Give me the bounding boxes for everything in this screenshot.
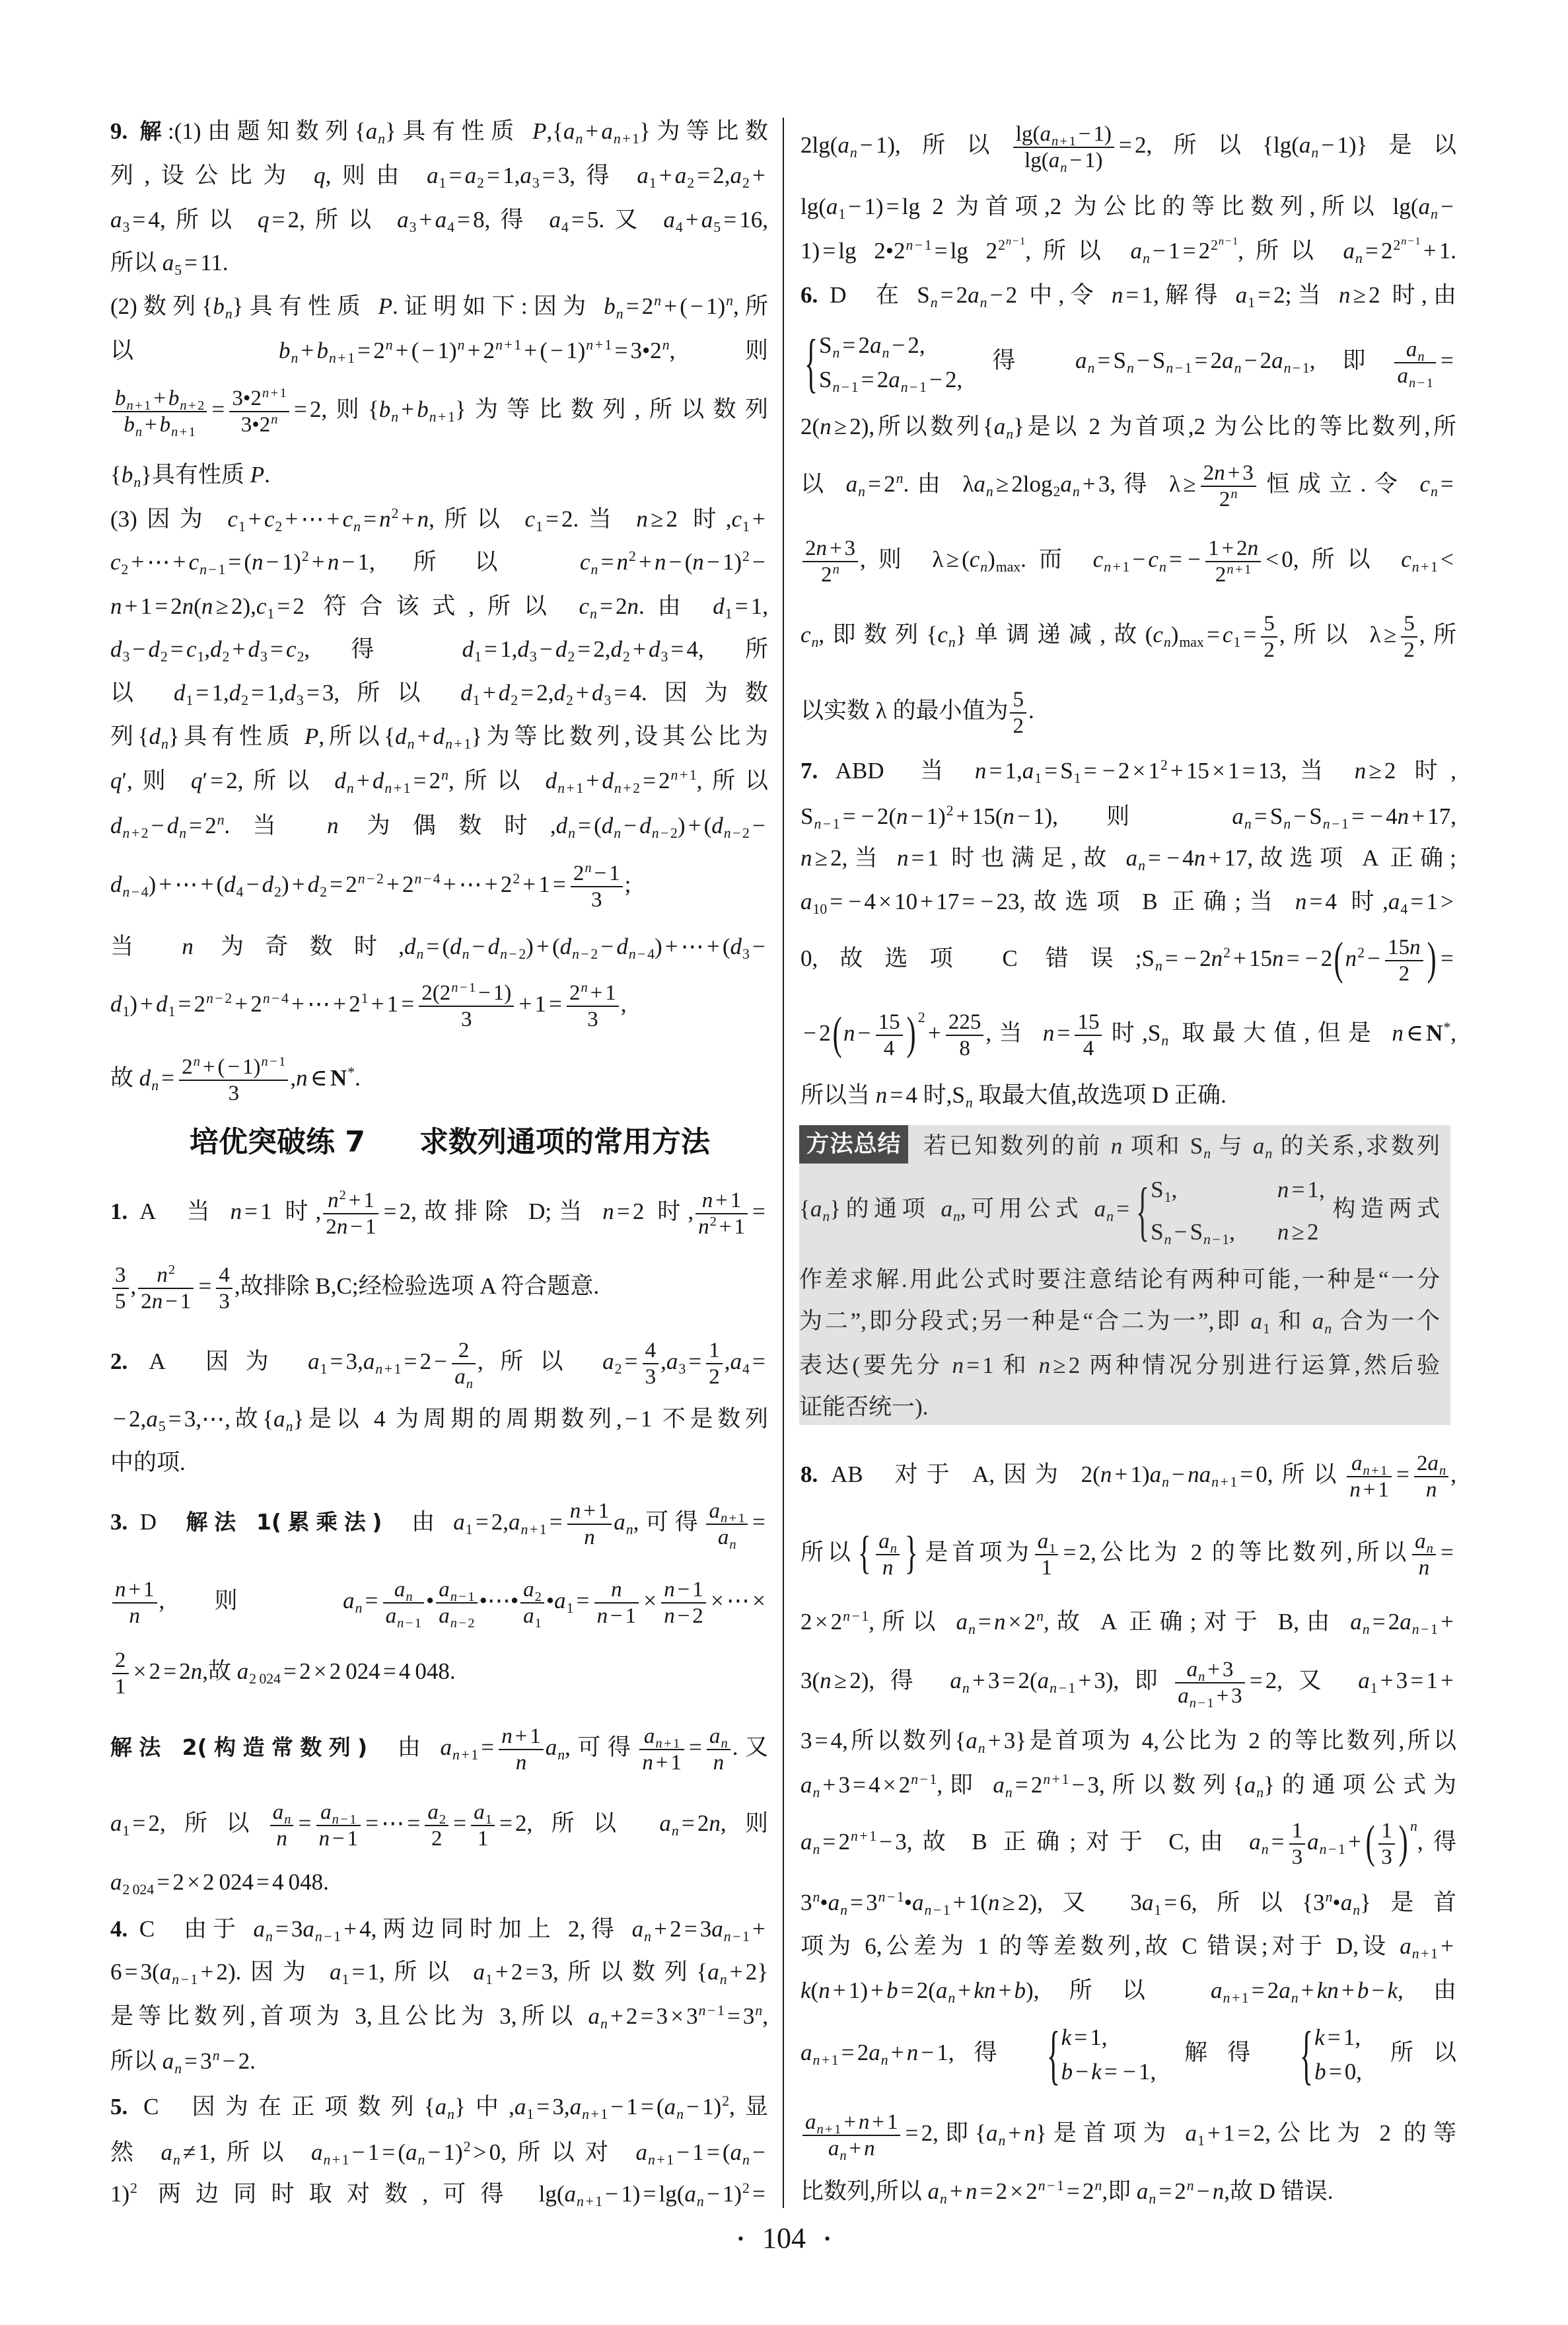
math-variable: n	[962, 1680, 970, 1696]
math-variable: n	[585, 861, 591, 875]
math-variable: a	[110, 1810, 122, 1836]
math-variable: n	[1426, 1478, 1437, 1502]
denominator: 4	[1075, 1035, 1102, 1060]
math-operator: =	[1328, 2024, 1341, 2050]
math-operator: =	[577, 1588, 590, 1613]
math-variable: d	[462, 636, 474, 662]
text-line: (2)数列{bn}具有性质 P.证明如下:因为 bn=2n+(−1)n,所	[110, 292, 768, 321]
math-operator: =	[1044, 758, 1057, 784]
math-variable: n	[1164, 1232, 1172, 1247]
denominator: bn+bn+1	[112, 411, 207, 436]
math-operator: ×	[670, 2003, 684, 2029]
text-line: 6. D在 Sn=2an−2 中,令 n=1,解得 a1=2;当 n≥2 时,由	[801, 281, 1456, 310]
math-variable: a	[828, 2137, 839, 2160]
math-operator: −	[1123, 2059, 1136, 2085]
math-variable: n	[988, 1890, 1000, 1915]
math-operator: +	[1222, 536, 1234, 560]
fraction: an+1an	[706, 1500, 747, 1549]
math-variable: n	[1248, 536, 1259, 560]
subscript: n−1	[315, 1929, 341, 1944]
math-variable: n	[597, 1604, 608, 1628]
math-operator: =	[906, 2120, 919, 2146]
math-variable: a	[928, 2178, 940, 2204]
subscript: n+1	[1211, 1474, 1237, 1490]
math-variable: n	[1323, 816, 1330, 832]
denominator: lg(an−1)	[1013, 147, 1114, 172]
math-variable: c	[1093, 546, 1104, 572]
superscript: n	[833, 562, 839, 577]
system-rows: k=1,b=0,	[1314, 2020, 1362, 2089]
math-variable: n	[906, 237, 913, 253]
subscript: n	[812, 634, 819, 650]
math-operator: −	[752, 549, 766, 575]
math-variable: n	[1427, 1541, 1433, 1556]
denominator: 2n−1	[138, 1288, 194, 1313]
superscript: 2	[710, 1214, 717, 1229]
superscript: n	[654, 293, 661, 309]
math-variable: b	[1357, 1977, 1369, 2003]
math-variable: n	[721, 1511, 727, 1526]
denominator: n	[876, 1554, 900, 1579]
numerator: 4	[216, 1264, 232, 1288]
math-operator: −	[324, 1929, 332, 1944]
math-operator: −	[678, 1604, 690, 1628]
subscript: n+1	[1363, 1463, 1387, 1478]
math-variable: n	[832, 379, 839, 395]
math-operator: =	[723, 207, 736, 233]
fraction: n22n−1	[138, 1264, 194, 1313]
math-operator: −	[841, 379, 849, 395]
math-operator: +	[719, 1215, 732, 1239]
text-line: {an}的通项 an,可用公式 an={S1,n=1,Sn−Sn−1,n≥2构造…	[799, 1169, 1440, 1253]
subscript: n	[347, 780, 354, 796]
math-operator: −	[472, 934, 485, 959]
math-operator: +	[633, 636, 646, 662]
math-variable: n	[890, 1541, 897, 1556]
math-operator: +	[1441, 1668, 1454, 1693]
math-variable: n	[391, 409, 398, 425]
superscript: 2n−1	[998, 237, 1025, 253]
math-variable: b	[122, 462, 133, 488]
math-operator: =	[1169, 546, 1182, 572]
superscript: n−1	[906, 237, 931, 253]
math-variable: n	[820, 1668, 832, 1693]
math-operator: =	[384, 1199, 397, 1224]
text-line: lg(a1−1)=lg 2 为首项,2 为公比的等比数列,所以 lg(an−	[801, 192, 1456, 221]
math-operator: =	[1164, 1890, 1177, 1915]
math-operator: +	[1221, 1474, 1229, 1490]
subscript: 1	[1049, 1541, 1055, 1556]
math-variable: k	[1317, 1977, 1328, 2003]
numerator: 2n−1	[571, 862, 623, 886]
math-variable: n	[123, 825, 130, 841]
subscript: n−1	[814, 816, 839, 832]
math-variable: n	[262, 1054, 268, 1069]
subscript: n	[1355, 250, 1363, 266]
subscript: 2	[535, 1590, 542, 1604]
subscript: n+1	[817, 2122, 841, 2137]
math-variable: d	[248, 636, 260, 662]
superscript: n	[585, 861, 591, 875]
math-operator: =	[499, 1810, 513, 1836]
math-variable: a	[546, 1734, 557, 1760]
math-variable: a	[1343, 238, 1355, 264]
subscript: n+1	[521, 1522, 547, 1537]
math-variable: d	[639, 813, 651, 838]
math-variable: a	[663, 207, 675, 233]
math-variable: c	[970, 546, 980, 572]
denominator: a1	[520, 1602, 544, 1627]
superscript: 2	[722, 2093, 729, 2109]
denominator: an−1	[383, 1602, 424, 1627]
math-variable: n	[199, 562, 207, 577]
math-operator: −	[1013, 235, 1018, 247]
math-variable: a	[1130, 238, 1142, 264]
denominator: 3	[571, 886, 623, 911]
math-operator: =	[404, 1348, 417, 1374]
subscript: n−1	[450, 1590, 475, 1604]
math-variable: c	[1153, 622, 1163, 647]
math-variable: n	[384, 780, 392, 796]
math-variable: k	[1314, 2024, 1325, 2050]
subscript: n	[355, 1600, 363, 1616]
math-operator: ≥	[1353, 282, 1366, 308]
math-operator: +	[1235, 562, 1243, 577]
math-operator: =	[577, 636, 590, 662]
math-operator: =	[272, 207, 285, 233]
subscript: 1	[649, 175, 657, 191]
math-variable: a	[936, 1977, 948, 2003]
math-variable: c	[1401, 546, 1411, 572]
text-line: 项为 6,公差为 1 的等差数列,故 C 错误;对于 D,设 an+1+	[801, 1932, 1456, 1961]
math-operator: =	[163, 1658, 176, 1684]
math-operator: =	[251, 680, 264, 706]
math-operator: =	[352, 1959, 365, 1985]
math-operator: =	[133, 1810, 146, 1836]
math-variable: n	[924, 1902, 931, 1918]
math-variable: n	[206, 990, 213, 1006]
math-operator: ≥	[216, 593, 229, 619]
math-operator: −	[1059, 1680, 1067, 1696]
text-line: 所以当 n=4 时,Sn 取最大值,故选项 D 正确.	[801, 1081, 1456, 1110]
math-operator: =	[155, 593, 168, 619]
numerator: 3•2n+1	[229, 387, 289, 411]
math-variable: n	[978, 1740, 985, 1756]
subscript: 1	[168, 1004, 176, 1019]
math-operator: −	[215, 990, 223, 1006]
math-variable: c	[579, 593, 589, 619]
math-variable: n	[616, 306, 624, 322]
subscript: n	[850, 145, 857, 161]
denominator: n	[1414, 1476, 1448, 1501]
math-operator: +	[1008, 2120, 1021, 2146]
math-operator: ≥	[1292, 1219, 1304, 1245]
text-line: bn+1+bn+2bn+bn+1=3•2n+13•2n=2,则{bn+bn+1}…	[110, 387, 768, 436]
math-variable: n	[662, 337, 670, 353]
math-operator: +	[680, 767, 688, 783]
text-line: 若已知数列的前 n 项和 Sn 与 an 的关系,求数列	[923, 1132, 1440, 1161]
math-variable: n	[353, 519, 361, 535]
math-variable: n	[820, 414, 832, 439]
numerator: n+1	[695, 1189, 748, 1213]
math-variable: k	[1091, 2059, 1102, 2085]
left-delimiter: (	[1366, 1820, 1375, 1866]
math-variable: n	[1291, 1990, 1299, 2006]
math-operator: −	[1153, 238, 1166, 264]
math-variable: a	[1428, 1452, 1439, 1475]
math-variable: a	[1400, 1609, 1411, 1635]
math-operator: −	[803, 1020, 816, 1046]
math-operator: −	[732, 1929, 740, 1944]
subscript: n	[151, 1078, 159, 1093]
math-variable: n	[676, 2106, 684, 2122]
subscript: n	[1127, 360, 1134, 376]
math-operator: =	[1441, 945, 1454, 971]
math-operator: +	[1060, 134, 1068, 149]
math-variable: c	[580, 549, 590, 575]
math-operator: =	[526, 1959, 539, 1985]
math-variable: n	[1311, 145, 1318, 161]
math-operator: =	[363, 506, 376, 532]
subscript: n	[406, 1590, 412, 1604]
math-variable: n	[817, 2122, 824, 2137]
math-variable: n	[840, 1902, 847, 1918]
page-ornament-left: •	[738, 2229, 744, 2248]
subscript: 4	[742, 1361, 750, 1377]
math-variable: n	[217, 812, 225, 828]
math-operator: −	[892, 332, 905, 358]
subscript: n	[1155, 958, 1162, 974]
math-operator: =	[684, 1916, 697, 1942]
numerator: an+1	[1347, 1452, 1392, 1476]
math-operator: −	[1102, 758, 1116, 784]
math-operator: +	[1371, 1463, 1379, 1478]
math-variable: d	[546, 768, 557, 793]
text-line: 6=3(an−1+2).因为 a1=1,所以 a1+2=3,所以数列{an+2}	[110, 1958, 768, 1987]
math-variable: a	[1199, 1461, 1211, 1487]
fraction: 43	[643, 1339, 659, 1388]
math-variable: n	[818, 1977, 830, 2003]
subscript: n	[1005, 1785, 1013, 1800]
subscript: 1	[186, 692, 193, 708]
math-variable: n	[642, 1751, 653, 1775]
text-line: 以 an=2n.由 λan≥2log2an+3,得 λ≥2n+32n恒成立.令 …	[801, 462, 1456, 511]
fraction: ann	[270, 1801, 294, 1850]
subscript: 1	[267, 606, 274, 622]
math-operator: +	[972, 1668, 985, 1693]
math-operator: +	[999, 1977, 1012, 2003]
math-operator: +	[956, 803, 970, 829]
math-operator: =	[614, 680, 627, 706]
math-variable: n	[466, 1377, 473, 1391]
math-operator: +	[583, 1499, 596, 1523]
math-operator: <	[1441, 546, 1454, 572]
subscript: n−1	[832, 379, 858, 395]
text-line: 然 an≠1,所以 an+1−1=(an−1)2>0,所以对 an+1−1=(a…	[110, 2138, 768, 2167]
math-variable: n	[1036, 1608, 1044, 1624]
text-line: n≥2,当 n=1 时也满足,故 an=−4n+17,故选项 A 正确;	[801, 844, 1456, 873]
subscript: n−1	[332, 1812, 357, 1827]
fraction: an+1n+1	[639, 1725, 684, 1774]
subscript: 3	[661, 649, 668, 665]
math-variable: n	[1355, 758, 1367, 784]
math-variable: a	[320, 1800, 332, 1824]
subscript: n−1	[1284, 360, 1310, 376]
superscript: n	[1326, 1889, 1333, 1905]
left-delimiter: {	[857, 1530, 871, 1576]
section-topic: 求数列通项的常用方法	[419, 1125, 710, 1159]
math-variable: n	[1161, 1033, 1168, 1049]
fraction: n+1n	[567, 1500, 612, 1549]
math-operator: =	[980, 2178, 993, 2204]
math-operator: −	[1293, 803, 1306, 829]
superscript: 2	[1160, 757, 1168, 773]
numerator: 1	[1289, 1820, 1306, 1843]
bold-label: 解法 1(累乘法)	[180, 1509, 382, 1535]
math-variable: n	[173, 2152, 180, 2168]
math-variable: n	[724, 825, 731, 841]
math-variable: a	[1312, 1308, 1324, 1334]
math-operator: +	[610, 2003, 624, 2029]
math-variable: a	[1307, 1829, 1319, 1855]
math-variable: n	[724, 1929, 731, 1944]
math-variable: n	[1392, 1020, 1404, 1046]
subscript: n	[416, 946, 423, 962]
math-variable: n	[1417, 350, 1424, 364]
section-heading: 培优突破练 7求数列通项的常用方法	[190, 1125, 710, 1160]
math-variable: d	[224, 871, 236, 897]
math-operator: +	[153, 387, 166, 410]
math-variable: n	[451, 980, 458, 995]
fraction: 2n+32n	[1201, 462, 1256, 511]
math-variable: n	[986, 484, 993, 499]
math-variable: n	[1104, 559, 1111, 575]
math-variable: a	[330, 1959, 341, 1985]
math-variable: a	[1178, 1684, 1189, 1708]
fraction: 2(2n−1−1)3	[419, 982, 514, 1031]
subscript: 3	[532, 175, 540, 191]
denominator: n	[499, 1749, 544, 1774]
math-operator: −	[860, 132, 873, 158]
math-variable: a	[509, 1509, 520, 1535]
subscript: 2	[275, 519, 283, 535]
math-variable: q	[258, 207, 269, 233]
math-operator: =	[707, 2139, 720, 2165]
math-operator: =	[1396, 1461, 1409, 1487]
denominator: n	[1412, 1554, 1436, 1579]
numerator: an	[876, 1530, 900, 1554]
text-line: 21×2=2n,故 a2 024=2×2 024=4 048.	[110, 1649, 768, 1698]
subscript: 1	[123, 1004, 130, 1019]
denominator: an−2	[436, 1602, 477, 1627]
subscript: 3	[260, 649, 267, 665]
math-variable: c	[264, 506, 275, 532]
math-operator: +	[1228, 461, 1240, 485]
superscript: 2	[629, 548, 636, 564]
math-operator: =	[1287, 945, 1300, 971]
math-variable: n	[557, 780, 565, 796]
superscript: n+1	[586, 337, 612, 353]
math-variable: n	[931, 295, 938, 311]
denominator: 3	[179, 1080, 288, 1105]
math-operator: =	[427, 934, 440, 959]
math-operator: +	[656, 1751, 668, 1775]
math-variable: a	[1406, 338, 1417, 361]
math-operator: =	[157, 1869, 170, 1895]
numerator: 2an	[1414, 1452, 1448, 1476]
text-line: 作差求解.用此公式时要注意结论有两种可能,一种是“一分	[799, 1265, 1440, 1294]
math-variable: a	[311, 2139, 323, 2165]
subscript: n	[1324, 1321, 1332, 1337]
denominator: 2	[1261, 636, 1277, 661]
math-operator: =	[484, 636, 497, 662]
math-variable: n	[1272, 945, 1284, 971]
math-operator: +	[401, 396, 414, 422]
math-variable: a	[363, 1348, 375, 1374]
math-variable: a	[869, 2040, 880, 2065]
text-line: Sn−1=−2(n−1)2+15(n−1),则 an=Sn−Sn−1=−4n+1…	[801, 802, 1456, 831]
subscript: n	[391, 409, 398, 425]
numerator: 2	[452, 1339, 476, 1363]
math-variable: n	[441, 767, 448, 783]
subscript: 1	[1074, 770, 1081, 786]
subscript: n	[822, 1208, 830, 1224]
math-operator: =	[822, 238, 836, 264]
math-variable: n	[127, 398, 133, 413]
math-variable: n	[966, 1095, 973, 1111]
subscript: n	[1143, 250, 1150, 266]
superscript: n	[1036, 1608, 1044, 1624]
math-operator: +	[271, 386, 279, 400]
equation-system: {Sn=2an−2,Sn−1=2an−1−2,	[803, 328, 962, 397]
fraction: 1+2n2n+1	[1205, 537, 1261, 586]
subscript: 2	[122, 562, 129, 577]
math-variable: d	[433, 723, 445, 749]
denominator: an−1+3	[1175, 1682, 1244, 1707]
superscript: 2	[339, 1188, 346, 1202]
subscript: n−1	[1190, 1696, 1214, 1711]
numerator: n+1	[499, 1725, 544, 1749]
math-operator: =	[1116, 1196, 1129, 1222]
denominator: n	[707, 1749, 731, 1774]
math-operator: +	[203, 1055, 215, 1079]
math-operator: ≠	[183, 2139, 196, 2165]
math-operator: =	[641, 2094, 654, 2120]
math-variable: n	[182, 593, 194, 619]
math-operator: +	[292, 871, 305, 897]
text-line: 2n+32n,则 λ≥(cn)max.而 cn+1−cn=−1+2n2n+1<0…	[801, 537, 1456, 586]
math-operator: +	[349, 1189, 361, 1212]
math-variable: n	[878, 1889, 886, 1905]
subscript: 2	[320, 884, 327, 900]
superscript: n	[441, 767, 448, 783]
math-operator: −	[879, 1829, 892, 1855]
math-operator: −	[1069, 149, 1082, 172]
math-operator: =	[1372, 1609, 1386, 1635]
denominator: an	[452, 1363, 476, 1388]
math-operator: =	[553, 871, 566, 897]
math-variable: a	[273, 1406, 285, 1432]
denominator: n−2	[661, 1602, 706, 1627]
math-variable: a	[801, 889, 812, 914]
math-operator: −	[605, 2181, 618, 2207]
math-operator: ×	[187, 1869, 200, 1895]
system-row: k=1,	[1061, 2020, 1157, 2055]
system-cell: n=1,	[1277, 1169, 1325, 1211]
math-operator: =	[830, 889, 843, 914]
math-operator: =	[536, 2094, 550, 2120]
math-variable: d	[149, 723, 161, 749]
